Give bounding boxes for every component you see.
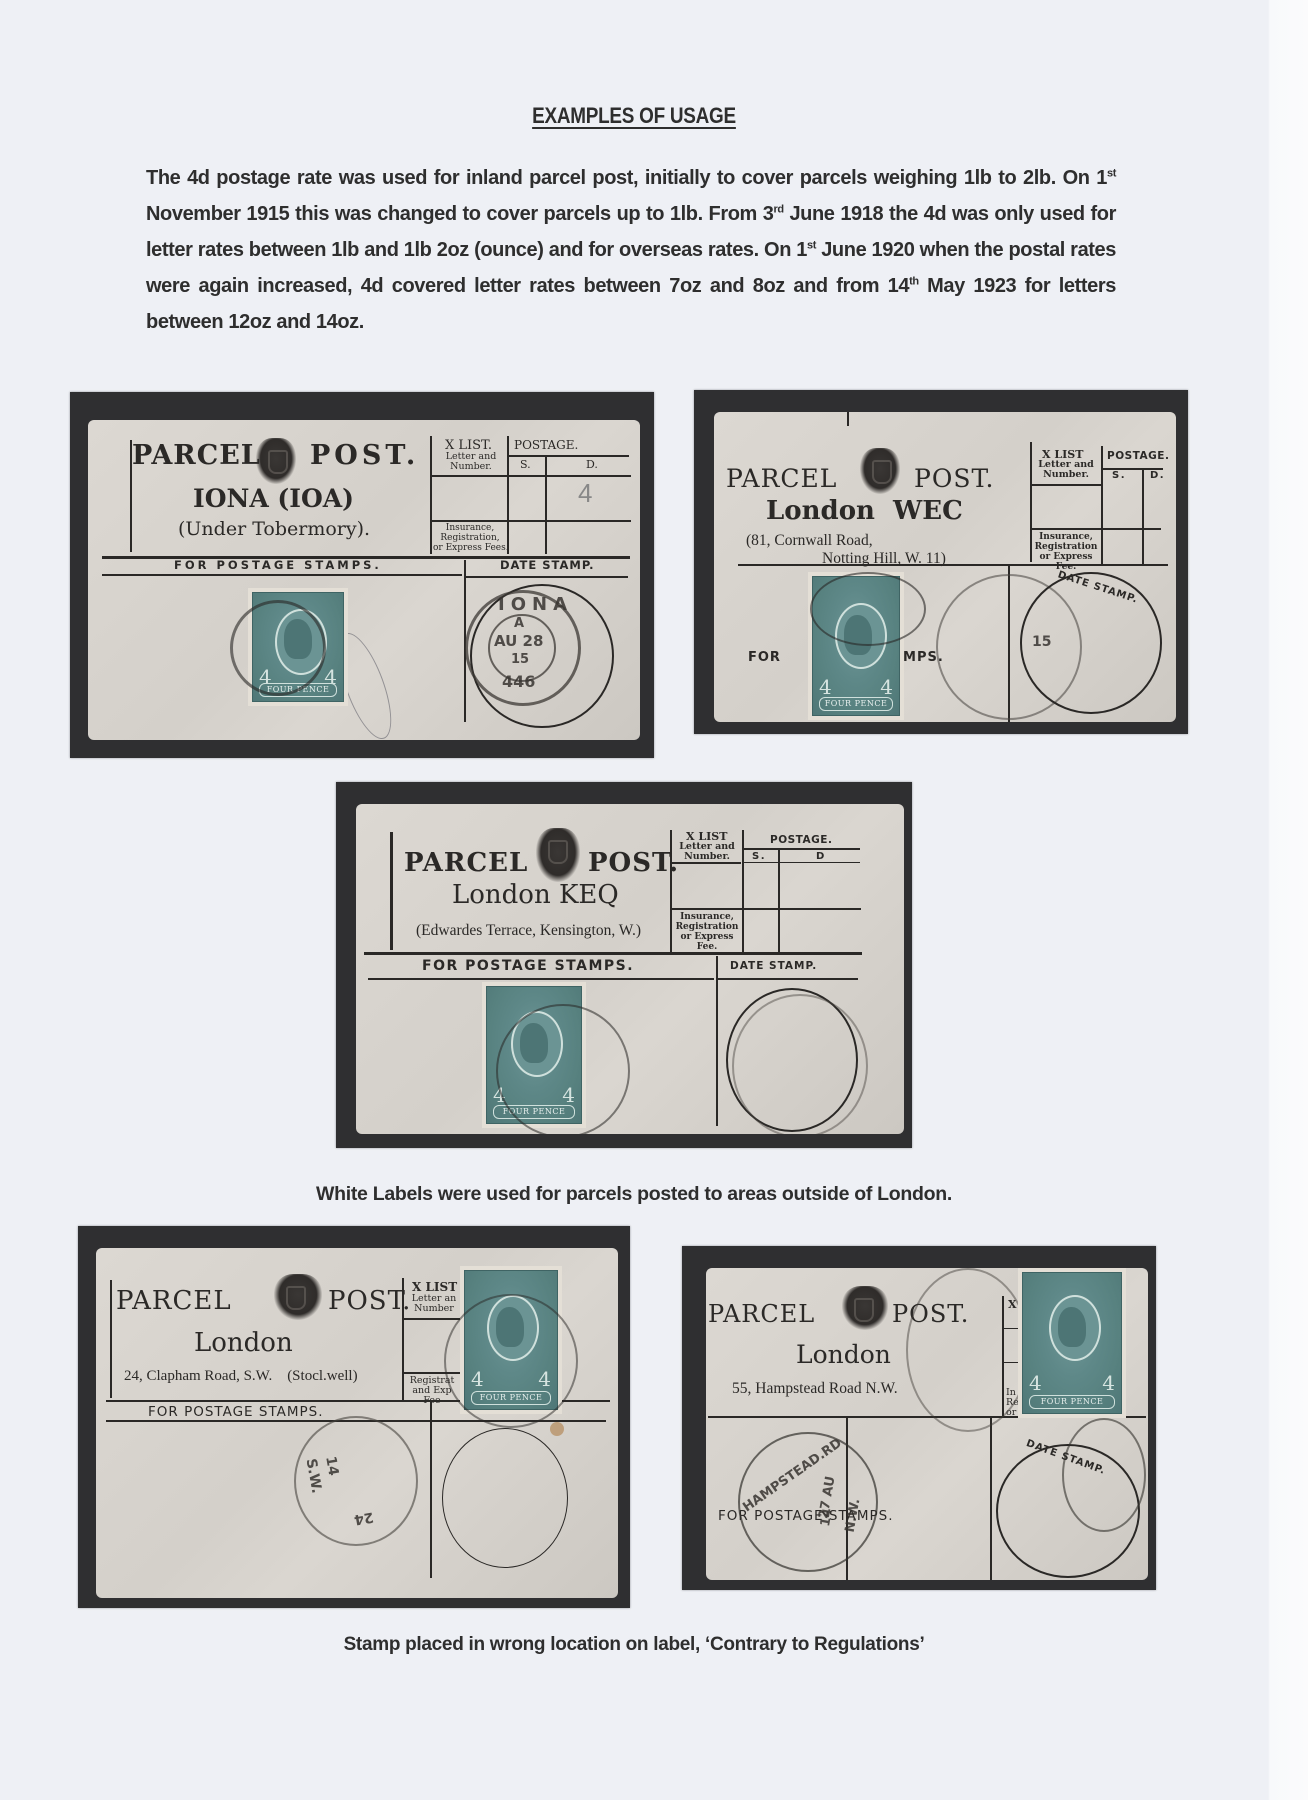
parcel-label-hampstead: PARCEL POST. London 55, Hampstead Road N…	[706, 1268, 1148, 1580]
heading-parcel: PARCEL	[708, 1300, 815, 1328]
postmark-year: 15	[511, 652, 529, 667]
postage-header: POSTAGE.	[1107, 450, 1169, 462]
office-name: London	[194, 1328, 293, 1358]
pence-col: D.	[1150, 470, 1165, 481]
office-address: (Under Tobermory).	[178, 518, 370, 540]
page-title: EXAMPLES OF USAGE	[89, 103, 1179, 129]
date-stamp-circle	[442, 1428, 568, 1568]
heading-post: POST.	[588, 848, 679, 878]
caption-white-labels: White Labels were used for parcels poste…	[0, 1183, 1268, 1206]
stamp-cancel	[496, 1004, 630, 1134]
stamp-cancel	[444, 1294, 578, 1428]
heading-parcel: PARCEL	[116, 1286, 232, 1316]
manuscript-pence: 4	[578, 478, 592, 509]
date-stamp-label: DATE STAMP.	[500, 558, 595, 572]
stamp-four-pence: 44 FOUR PENCE	[1018, 1268, 1126, 1418]
office-name: London WEC	[766, 496, 963, 526]
fees-text: Insurance,Registration,or Express Fees.	[433, 523, 507, 553]
postmark-number: 446	[502, 672, 535, 691]
stamp-cancel	[230, 600, 326, 696]
postmark-code: A	[514, 616, 524, 631]
date-stamp-circle	[1020, 572, 1162, 714]
pence-col: D.	[586, 458, 598, 471]
heading-parcel: PARCEL	[404, 848, 528, 878]
xlist-sub: Letter andNumber.	[1032, 460, 1100, 480]
office-name: London	[796, 1340, 891, 1369]
xlist-sub: Letter andNumber.	[438, 452, 504, 472]
postmark-hampstead-2	[1062, 1418, 1146, 1532]
date-stamp-label: DATE STAMP.	[730, 960, 817, 972]
xlist-sub: Letter anNumber	[408, 1294, 460, 1314]
postmark-hampstead-3	[906, 1268, 1030, 1432]
parcel-label-clapham: PARCEL POST. London 24, Clapham Road, S.…	[96, 1248, 618, 1598]
mount-iona: PARCEL POST. IONA (IOA) (Under Tobermory…	[70, 392, 654, 758]
xlist-header: X LIST	[412, 1280, 457, 1294]
parcel-label-wec: PARCEL POST. London WEC (81, Cornwall Ro…	[714, 412, 1176, 722]
parcel-label-iona: PARCEL POST. IONA (IOA) (Under Tobermory…	[88, 420, 640, 740]
for-postage-stamps: FOR POSTAGE STAMPS.	[148, 1404, 324, 1420]
postage-header: POSTAGE.	[514, 438, 578, 452]
shillings-col: S.	[1112, 470, 1126, 481]
shillings-col: S.	[520, 458, 531, 471]
shillings-col: S.	[752, 851, 766, 862]
mount-clapham: PARCEL POST. London 24, Clapham Road, S.…	[78, 1226, 630, 1608]
heading-parcel: PARCEL	[132, 440, 261, 471]
heading-post: POST.	[328, 1286, 411, 1316]
postmark-time: 14	[322, 1455, 341, 1477]
fees-text: Insurance,Registrationor ExpressFee.	[1032, 532, 1100, 572]
postmark-year: 14	[818, 1507, 836, 1527]
parcel-label-keq: PARCEL POST. London KEQ (Edwardes Terrac…	[356, 804, 904, 1134]
mount-wec: PARCEL POST. London WEC (81, Cornwall Ro…	[694, 390, 1188, 734]
intro-paragraph: The 4d postage rate was used for inland …	[146, 160, 1116, 340]
royal-crest-icon	[536, 828, 580, 882]
postmark-date: AU 28	[494, 632, 543, 650]
office-address: 55, Hampstead Road N.W.	[732, 1380, 898, 1398]
office-name: London KEQ	[452, 880, 619, 910]
for-postage-stamps: FOR POSTAGE STAMPS.	[174, 558, 382, 572]
caption-wrong-location: Stamp placed in wrong location on label,…	[0, 1634, 1268, 1656]
heading-parcel: PARCEL	[726, 464, 837, 493]
office-name: IONA (IOA)	[193, 484, 354, 513]
postmark-town: IONA	[498, 594, 573, 615]
royal-crest-icon	[256, 438, 296, 484]
office-address: (81, Cornwall Road,Notting Hill, W. 11)	[746, 532, 946, 568]
postmark-day: 24	[353, 1508, 375, 1527]
for-postage-stamps: FOR POSTAGE STAMPS.	[422, 958, 634, 974]
royal-crest-icon	[842, 1286, 888, 1330]
postage-header: POSTAGE.	[770, 834, 832, 846]
royal-crest-icon	[274, 1274, 322, 1320]
heading-post: POST.	[310, 440, 419, 471]
heading-post: POST.	[914, 464, 994, 493]
royal-crest-icon	[860, 448, 900, 494]
fees-text: Insurance,Registrationor ExpressFee.	[672, 912, 742, 952]
office-address: (Edwardes Terrace, Kensington, W.)	[416, 922, 641, 940]
mount-hampstead: PARCEL POST. London 55, Hampstead Road N…	[682, 1246, 1156, 1590]
xlist-sub: Letter andNumber.	[672, 842, 742, 862]
office-address: 24, Clapham Road, S.W. (Stocl.well)	[124, 1368, 358, 1385]
for-postage-stamps-left: FOR	[748, 650, 781, 665]
mount-keq: PARCEL POST. London KEQ (Edwardes Terrac…	[336, 782, 912, 1148]
stain	[550, 1422, 564, 1436]
stamp-cancel	[810, 572, 926, 646]
postmark-kensington	[732, 994, 868, 1134]
pence-col: D	[816, 851, 826, 862]
